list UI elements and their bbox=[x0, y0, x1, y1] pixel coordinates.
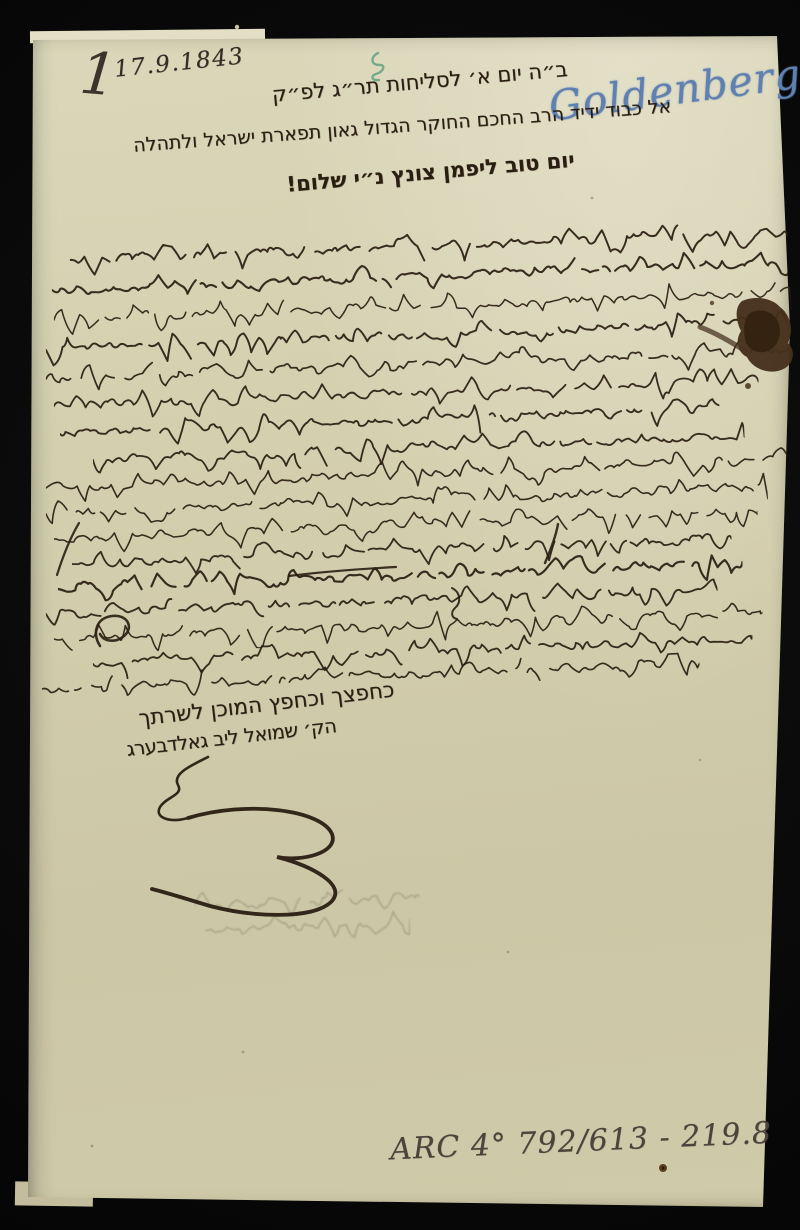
page-number: 1 bbox=[77, 39, 120, 110]
page-background: 1 17.9.1843 Goldenberg ב״ה יום א׳ לסליחו… bbox=[0, 0, 800, 1230]
